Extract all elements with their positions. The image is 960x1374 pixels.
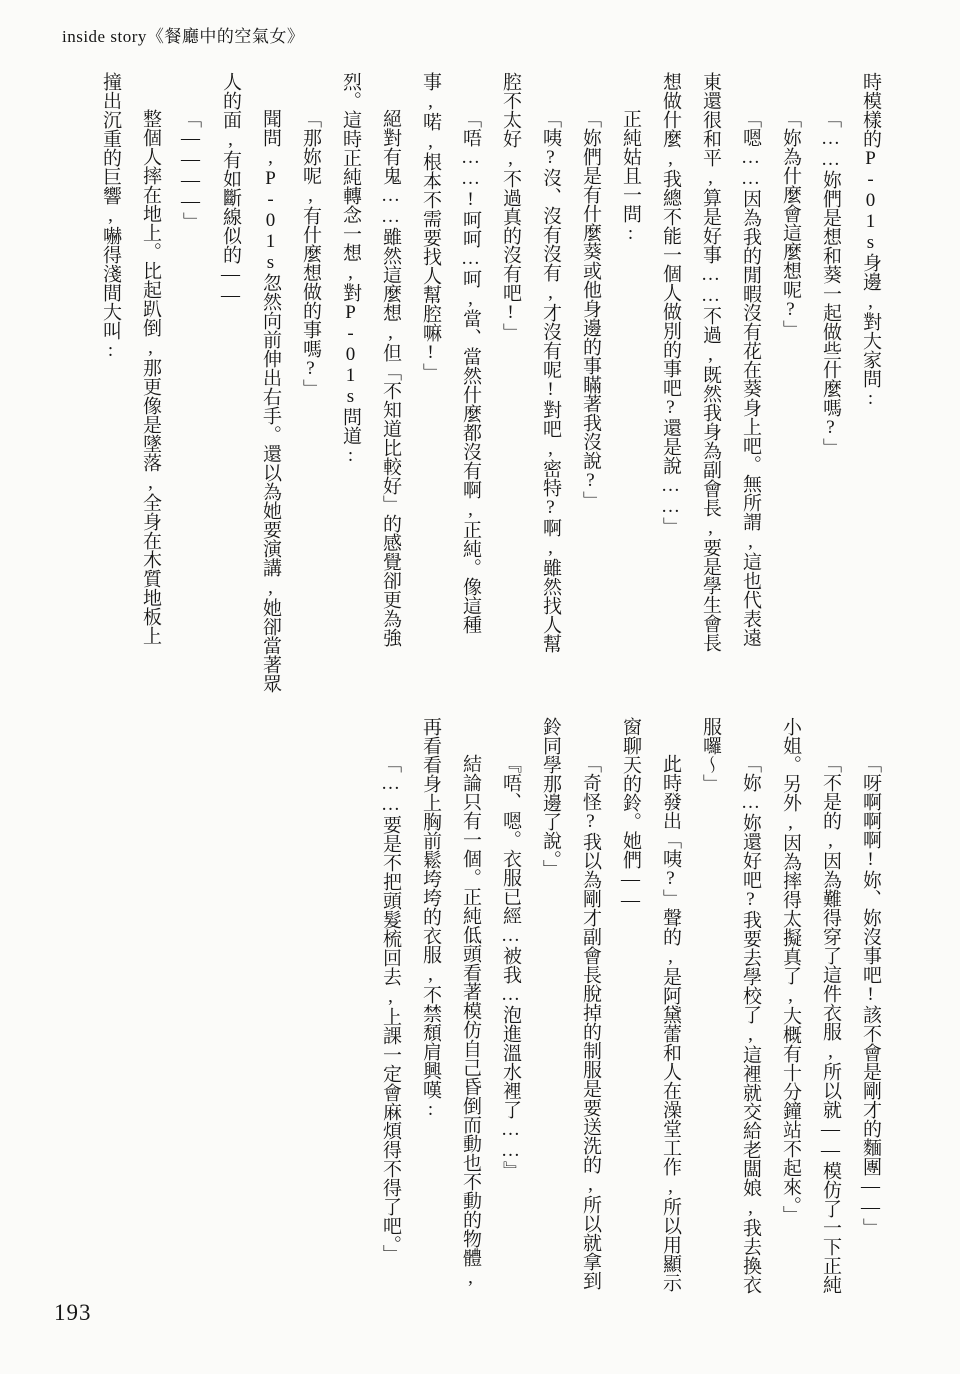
text-column-8: 「妳們是有什麼葵或他身邊的事瞞著我沒說?」 <box>570 72 610 510</box>
text-column-2: 「……妳們是想和葵一起做些什麼嗎?」 <box>810 72 850 457</box>
upper-text-block: 時模樣的P-01s身邊,對大家問:「……妳們是想和葵一起做些什麼嗎?」「妳為什麼… <box>90 72 890 693</box>
text-column-10: 腔不太好,不過真的沒有吧!」 <box>490 72 530 342</box>
text-column-9: 鈴同學那邊了說。」 <box>530 717 570 879</box>
text-column-6: 想做什麼,我總不能一個人做別的事吧?還是說……」 <box>650 72 690 536</box>
text-column-14: 烈。這時正純轉念一想,對P-01s問道: <box>330 72 370 466</box>
text-column-4: 「嗯……因為我的閒暇沒有花在葵身上吧。無所謂,這也代表遠 <box>730 72 770 647</box>
text-column-4: 「妳…妳還好吧?我要去學校了,這裡就交給老闆娘,我去換衣 <box>730 717 770 1294</box>
lower-text-block: 「呀啊啊啊!妳、妳沒事吧!該不會是剛才的麵團——」「不是的,因為難得穿了這件衣服… <box>370 717 890 1294</box>
text-column-12: 事,喏,根本不需要找人幫腔嘛!」 <box>410 72 450 382</box>
text-column-2: 「不是的,因為難得穿了這件衣服,所以就——模仿了一下正純 <box>810 717 850 1294</box>
text-column-17: 人的面,有如斷線似的—— <box>210 72 250 306</box>
page-number: 193 <box>54 1300 92 1326</box>
text-column-7: 正純姑且一問: <box>610 72 650 244</box>
running-header: inside story《餐廳中的空氣女》 <box>62 22 304 47</box>
text-column-10: 『唔、嗯。衣服已經…被我…泡進溫水裡了……』 <box>490 717 530 1180</box>
text-column-1: 時模樣的P-01s身邊,對大家問: <box>850 72 890 409</box>
text-column-18: 「————」 <box>170 72 210 231</box>
text-column-15: 「那妳呢,有什麼想做的事嗎?」 <box>290 72 330 398</box>
text-column-13: 「……要是不把頭髮梳回去,上課一定會麻煩得不得了吧。」 <box>370 717 410 1264</box>
text-column-11: 「唔……!呵呵…呵,當、當然什麼都沒有啊,正純。像這種 <box>450 72 490 634</box>
text-column-6: 此時發出「咦?」聲的,是阿黛蕾和人在澡堂工作,所以用顯示 <box>650 717 690 1292</box>
text-column-7: 窗聊天的鈴。她們—— <box>610 717 650 911</box>
text-column-3: 「妳為什麼會這麼想呢?」 <box>770 72 810 339</box>
text-column-16: 聞問,P-01s忽然向前伸出右手。還以為她要演講,她卻當著眾 <box>250 72 290 693</box>
text-column-8: 「奇怪?我以為剛才副會長脫掉的制服是要送洗的,所以就拿到 <box>570 717 610 1290</box>
text-column-3: 小姐。另外,因為摔得太擬真了,大概有十分鐘站不起來。」 <box>770 717 810 1225</box>
book-page: inside story《餐廳中的空氣女》 時模樣的P-01s身邊,對大家問:「… <box>0 0 960 1374</box>
text-column-11: 結論只有一個。正純低頭看著模仿自己昏倒而動也不動的物體, <box>450 717 490 1288</box>
text-column-5: 服囉〜」 <box>690 717 730 793</box>
text-column-5: 東還很和平,算是好事……不過,既然我身為副會長,要是學生會長 <box>690 72 730 652</box>
text-column-1: 「呀啊啊啊!妳、妳沒事吧!該不會是剛才的麵團——」 <box>850 717 890 1237</box>
text-column-13: 絕對有鬼……雖然這麼想,但「不知道比較好」的感覺卻更為強 <box>370 72 410 647</box>
text-column-20: 撞出沉重的巨響,嚇得淺間大叫: <box>90 72 130 361</box>
running-header-title: inside story《餐廳中的空氣女》 <box>62 27 304 46</box>
text-column-12: 再看看身上胸前鬆垮垮的衣服,不禁頹肩興嘆: <box>410 717 450 1120</box>
text-column-19: 整個人摔在地上。比起趴倒,那更像是墜落,全身在木質地板上 <box>130 72 170 645</box>
text-column-9: 「咦?沒、沒有沒有,才沒有呢!對吧,密特?啊,雖然找人幫 <box>530 72 570 653</box>
